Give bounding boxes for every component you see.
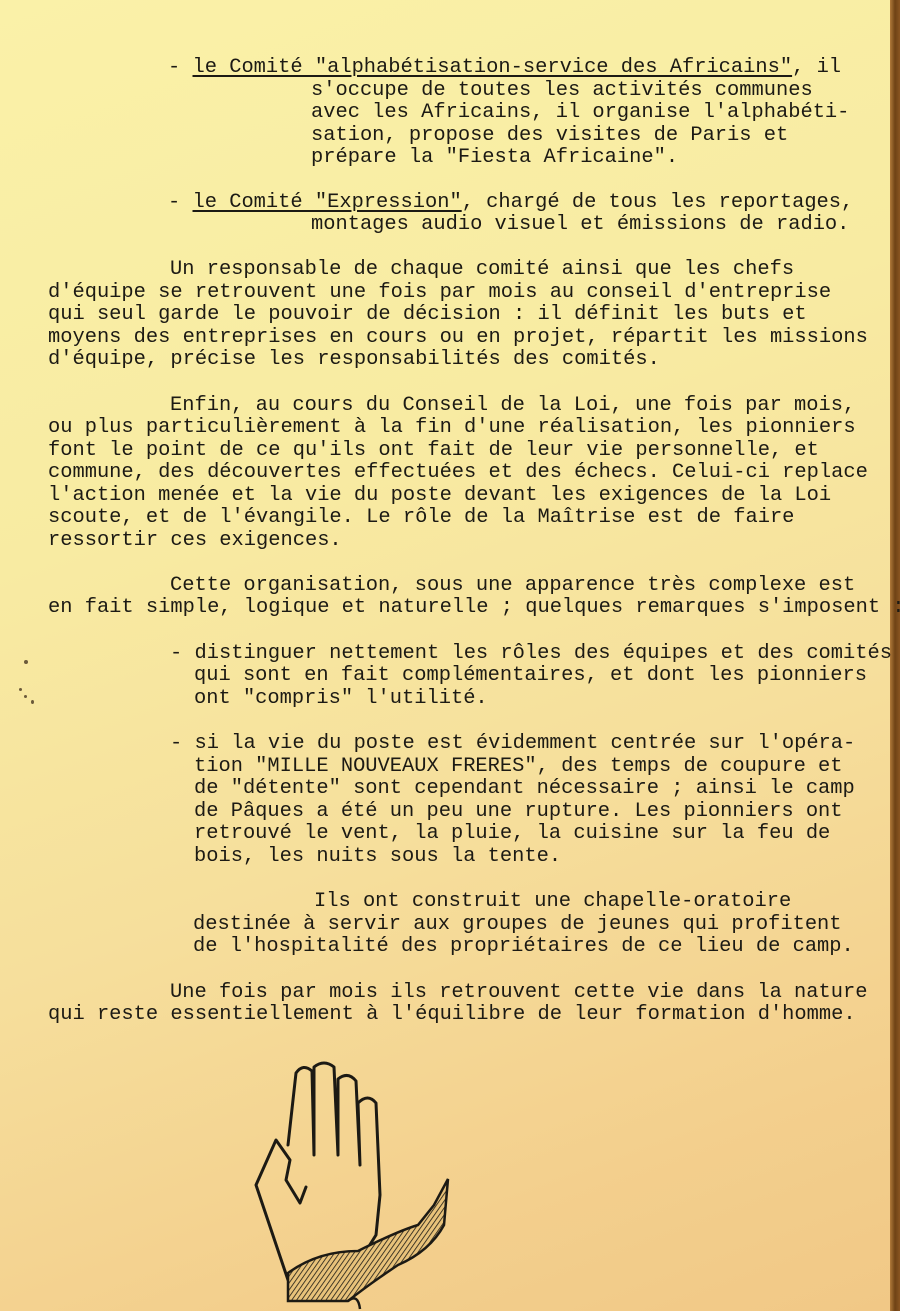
bullet-dash: - (168, 191, 180, 214)
committee-text: , chargé de tous les reportages, (462, 191, 854, 214)
document-page: - le Comité "alphabétisation-service des… (0, 0, 890, 1311)
paragraph-line: ou plus particulièrement à la fin d'une … (48, 417, 856, 440)
paragraph-line: l'action menée et la vie du poste devant… (48, 485, 831, 508)
committee-item-expression: - le Comité "Expression", chargé de tous… (168, 192, 853, 215)
paragraph-line: qui reste essentiellement à l'équilibre … (48, 1004, 856, 1027)
text-line: avec les Africains, il organise l'alphab… (311, 102, 849, 125)
remark-line: de Pâques a été un peu une rupture. Les … (194, 801, 843, 824)
paragraph-line: Un responsable de chaque comité ainsi qu… (170, 259, 794, 282)
remark-line: de "détente" sont cependant nécessaire ;… (194, 778, 855, 801)
remark-line: tion "MILLE NOUVEAUX FRERES", des temps … (194, 756, 843, 779)
remark-text: si la vie du poste est évidemment centré… (195, 732, 856, 755)
paragraph-line: commune, des découvertes effectuées et d… (48, 462, 868, 485)
bullet-dash: - (170, 732, 182, 755)
bullet-dash: - (168, 56, 180, 79)
remark-line: bois, les nuits sous la tente. (194, 846, 561, 869)
remark-item: - si la vie du poste est évidemment cent… (170, 733, 855, 756)
remark-line: retrouvé le vent, la pluie, la cuisine s… (194, 823, 830, 846)
remark-item: - distinguer nettement les rôles des équ… (170, 643, 892, 666)
paragraph-line: d'équipe se retrouvent une fois par mois… (48, 282, 831, 305)
paragraph-line: qui seul garde le pouvoir de décision : … (48, 304, 807, 327)
bullet-dash: - (170, 642, 182, 665)
text-line: s'occupe de toutes les activités commune… (311, 80, 813, 103)
paragraph-line: Cette organisation, sous une apparence t… (170, 575, 855, 598)
remark-text: distinguer nettement les rôles des équip… (195, 642, 892, 665)
text-line: sation, propose des visites de Paris et (311, 125, 788, 148)
committee-text: , il (792, 56, 841, 79)
paragraph-line: destinée à servir aux groupes de jeunes … (193, 914, 842, 937)
paper-speck (24, 695, 27, 698)
paragraph-line: d'équipe, précise les responsabilités de… (48, 349, 660, 372)
committee-title: le Comité "alphabétisation-service des A… (193, 56, 793, 79)
paragraph-line: Une fois par mois ils retrouvent cette v… (170, 982, 867, 1005)
paragraph-line: ressortir ces exigences. (48, 530, 342, 553)
committee-title: le Comité "Expression" (193, 191, 462, 214)
remark-line: ont "compris" l'utilité. (194, 688, 488, 711)
remark-line: qui sont en fait complémentaires, et don… (194, 665, 867, 688)
paragraph-line: moyens des entreprises en cours ou en pr… (48, 327, 868, 350)
paragraph-line: en fait simple, logique et naturelle ; q… (48, 597, 900, 620)
paragraph-line: scoute, et de l'évangile. Le rôle de la … (48, 507, 794, 530)
paper-speck (31, 700, 34, 704)
paragraph-line: Ils ont construit une chapelle-oratoire (314, 891, 791, 914)
paragraph-line: font le point de ce qu'ils ont fait de l… (48, 440, 819, 463)
text-line: montages audio visuel et émissions de ra… (311, 214, 849, 237)
scout-salute-hand-icon (248, 1055, 468, 1311)
paper-speck (19, 688, 22, 691)
committee-item-alphabetisation: - le Comité "alphabétisation-service des… (168, 57, 841, 80)
paragraph-line: Enfin, au cours du Conseil de la Loi, un… (170, 395, 855, 418)
paper-speck (24, 660, 28, 664)
text-line: prépare la "Fiesta Africaine". (311, 147, 678, 170)
paragraph-line: de l'hospitalité des propriétaires de ce… (193, 936, 854, 959)
